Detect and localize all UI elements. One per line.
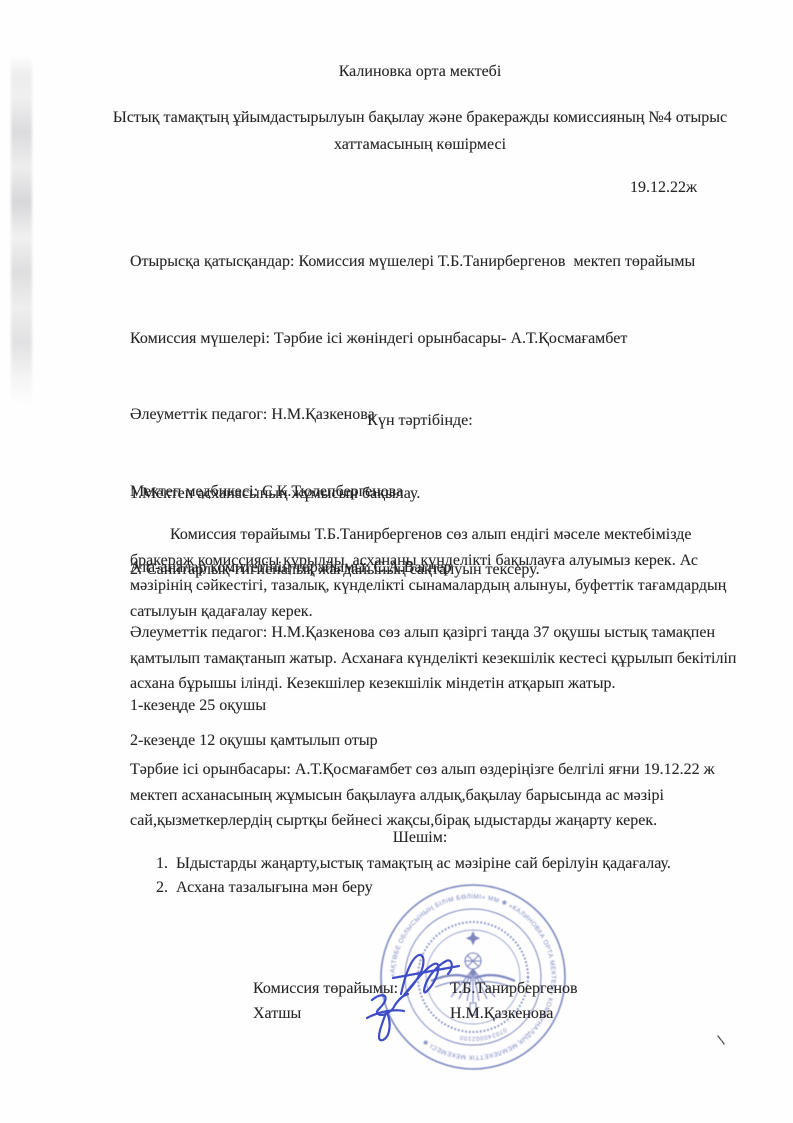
signature-role-label: Комиссия төрайымы:: [253, 978, 450, 1003]
school-seal-stamp: «АҚТӨБЕ ОБЛЫСЫНЫҢ БІЛІМ БӨЛІМІ» ММ ✱ «КА…: [373, 877, 573, 1077]
participant-line: Комиссия мүшелері: Тәрбие ісі жөніндегі …: [130, 329, 760, 349]
scan-artifact-left-streak: [11, 55, 32, 405]
signature-row: Хатшы Н.М.Қазкенова: [253, 1003, 593, 1028]
signature-role-label: Хатшы: [253, 1003, 450, 1028]
agenda-heading: Күн тәртібінде:: [100, 411, 740, 431]
signature-row: Комиссия төрайымы: Т.Б.Танирбергенов: [253, 978, 593, 1003]
agenda-item: 1.Мектеп асханасының жұмысын бақылау.: [130, 484, 760, 504]
scanned-document-page: Калиновка орта мектебі Ыстық тамақтың ұй…: [0, 0, 793, 1123]
chairman-signature-flourish: [393, 966, 459, 978]
stamp-registration-number: 070240002100: [459, 1026, 507, 1041]
shift-1-line: 1-кезеңде 25 оқушы: [130, 696, 266, 716]
document-title: Калиновка орта мектебі: [100, 62, 740, 82]
stamp-ring-text: «АҚТӨБЕ ОБЛЫСЫНЫҢ БІЛІМ БӨЛІМІ» ММ ✱ «КА…: [389, 893, 556, 1060]
speech-paragraph-social-pedagogue: Әлеуметтік педагог: Н.М.Қазкенова сөз ал…: [130, 620, 748, 697]
speech-paragraph-chairman: Комиссия төрайымы Т.Б.Танирбергенов сөз …: [130, 522, 748, 624]
signature-block: Комиссия төрайымы: Т.Б.Танирбергенов Хат…: [253, 978, 593, 1027]
shift-2-line: 2-кезеңде 12 оқушы қамтылып отыр: [130, 731, 378, 751]
stamp-outer-ring: [381, 885, 565, 1069]
decision-list: Ыдыстарды жаңарту,ыстық тамақтың ас мәзі…: [130, 852, 772, 900]
document-date: 19.12.22ж: [550, 178, 697, 198]
decision-heading: Шешім:: [100, 828, 740, 848]
signature-person-name: Т.Б.Танирбергенов: [450, 978, 593, 1003]
signature-person-name: Н.М.Қазкенова: [450, 1003, 593, 1028]
document-subtitle: Ыстық тамақтың ұйымдастырылуын бақылау ж…: [100, 104, 740, 158]
speech-paragraph-deputy: Тәрбие ісі орынбасары: А.Т.Қосмағамбет с…: [130, 757, 748, 834]
decision-item: Ыдыстарды жаңарту,ыстық тамақтың ас мәзі…: [172, 852, 772, 876]
participant-line: Отырысқа қатысқандар: Комиссия мүшелері …: [130, 252, 760, 272]
decision-item: Асхана тазалығына мән беру: [172, 876, 772, 900]
